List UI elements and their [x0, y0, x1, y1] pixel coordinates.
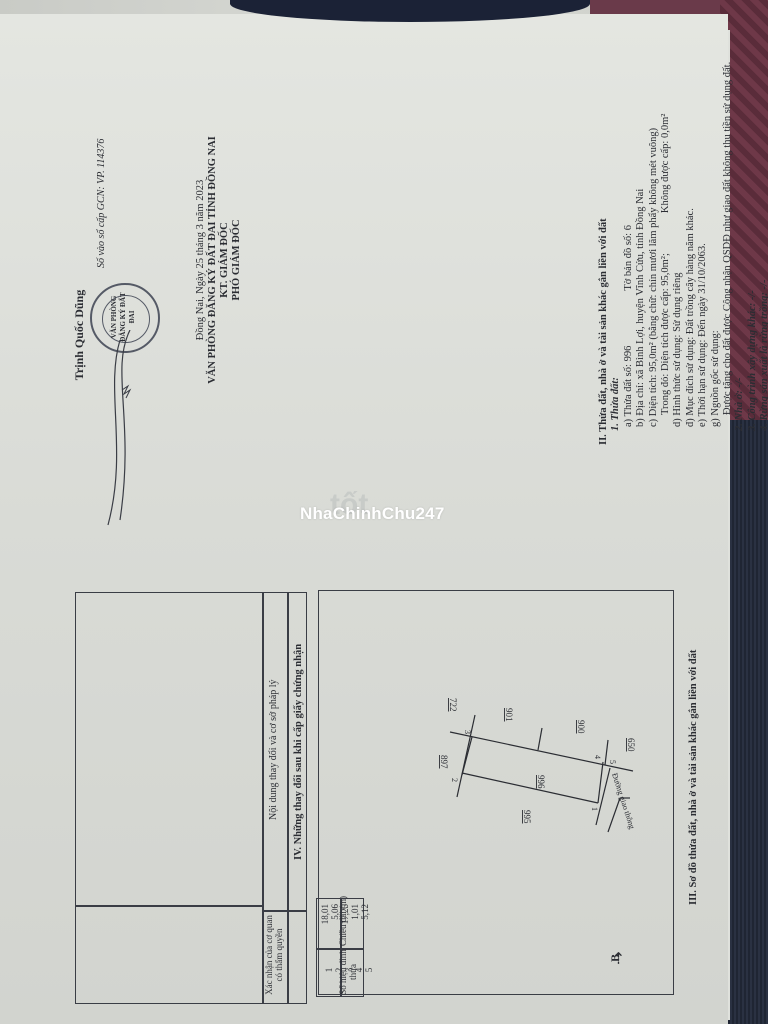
changes-column-header: Nội dung thay đổi và cơ sở pháp lý: [268, 610, 279, 820]
north-symbol: B: [608, 954, 623, 962]
use-term: e) Thời hạn sử dụng: Đến ngày 31/10/2063…: [697, 45, 709, 445]
address: b) Địa chỉ: xã Bình Lợi, huyện Vĩnh Cửu,…: [635, 45, 647, 445]
area-granted: Trong đó: Diện tích được cấp: 95,0m²;: [660, 253, 671, 415]
planted-forest: 4. Rừng sản xuất là rừng trồng: -/-: [759, 45, 768, 445]
parcel-900: 900: [576, 720, 586, 734]
road-label: Đường giao thông: [610, 772, 637, 830]
table-vertex-col: 12345: [324, 950, 374, 990]
parcel-diagram: 996 995 900 901 897 722 650 Đường giao t…: [420, 580, 650, 850]
issuing-office: VĂN PHÒNG ĐĂNG KÝ ĐẤT ĐAI TỈNH ĐỒNG NAI: [207, 50, 219, 470]
land-heading: 1. Thửa đất:: [610, 45, 622, 445]
signer-name: Trịnh Quốc Dũng: [72, 260, 87, 410]
section-2-title: II. Thửa đất, nhà ở và tài sản khác gắn …: [598, 45, 610, 445]
parcel-996: 996: [536, 775, 546, 789]
certificate-serial: Số vào sổ cấp GCN: VP. 114376: [96, 58, 107, 268]
use-form: d) Hình thức sử dụng: Sử dụng riêng: [672, 45, 684, 445]
parcel-number: a) Thửa đất số: 996: [623, 346, 634, 427]
parcel-722: 722: [448, 698, 458, 712]
section-land-info: II. Thửa đất, nhà ở và tài sản khác gắn …: [598, 45, 768, 445]
section-3-title: III. Sơ đồ thửa đất, nhà ở và tài sản kh…: [688, 565, 699, 905]
watermark: NhaChinhChu247: [300, 504, 444, 524]
vertex-2: 2: [450, 778, 459, 782]
area: c) Diện tích: 95,0m² (bằng chữ: chín mươ…: [648, 45, 660, 445]
signature-scribble: [100, 330, 140, 530]
parcel-995: 995: [522, 810, 532, 824]
area-not-granted: Không được cấp: 0,0m²: [660, 114, 671, 214]
house: 2. Nhà ở: -/-: [734, 45, 746, 445]
other-construction: 3. Công trình xây dựng khác: -/-: [747, 45, 759, 445]
parcel-650: 650: [626, 738, 636, 752]
kt-title: KT. GIÁM ĐỐC: [219, 50, 231, 470]
origin-detail: Được tặng cho đất được Công nhận QSDĐ nh…: [722, 45, 734, 445]
parcel-897: 897: [439, 755, 449, 769]
map-sheet: Tờ bản đồ số: 6: [623, 225, 634, 291]
confirmation-column-header: Xác nhận của cơ quan có thẩm quyền: [264, 910, 284, 1000]
section-4-title: IV. Những thay đổi sau khi cấp giấy chứn…: [293, 620, 304, 860]
vertex-4: 4: [593, 755, 602, 759]
origin: g) Nguồn gốc sử dụng:: [710, 45, 722, 445]
vertex-3: 3: [463, 730, 472, 734]
use-purpose: đ) Mục đích sử dụng: Đất trồng cây hàng …: [685, 45, 697, 445]
table-length-col: 18,015,0617,251,015,12: [320, 904, 370, 944]
vertex-1: 1: [590, 807, 599, 811]
issue-date: Đồng Nai, Ngày 25 tháng 3 năm 2023: [195, 50, 207, 470]
signature-block: Đồng Nai, Ngày 25 tháng 3 năm 2023 VĂN P…: [195, 50, 243, 470]
parcel-901: 901: [504, 708, 514, 722]
background-fabric: [728, 420, 768, 1024]
vertex-5: 5: [608, 760, 617, 764]
deputy-director-title: PHÓ GIÁM ĐỐC: [231, 50, 243, 470]
